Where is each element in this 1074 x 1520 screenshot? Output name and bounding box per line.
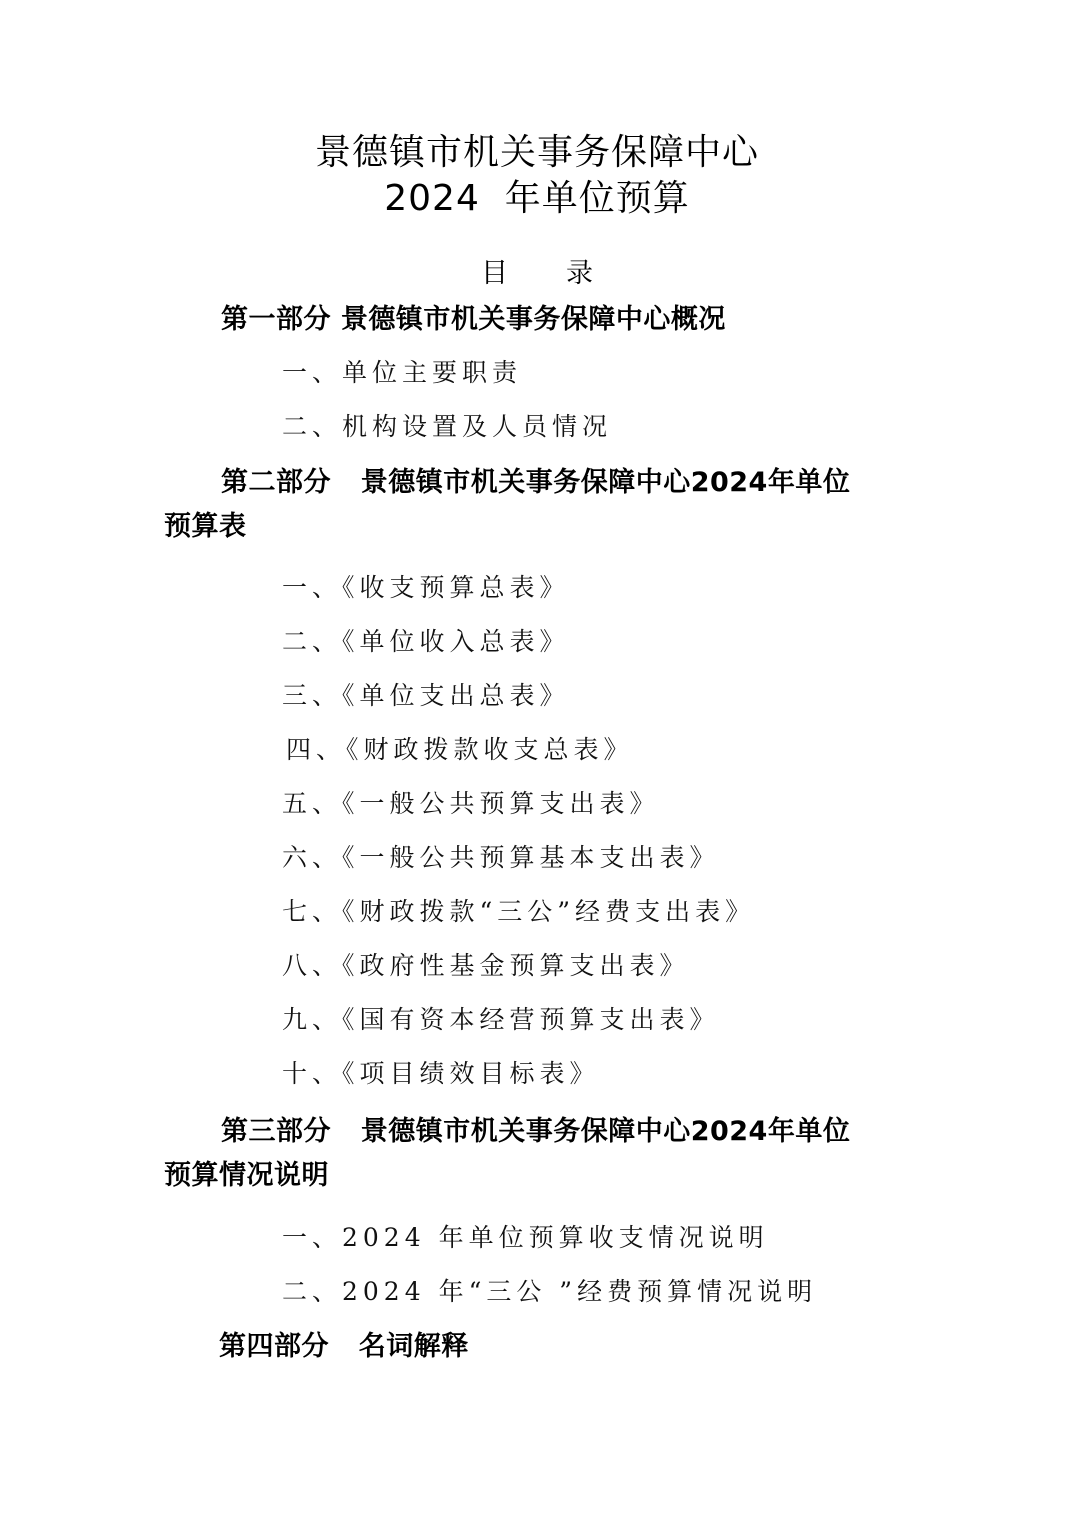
toc-item: 一、单位主要职责 xyxy=(282,356,522,390)
toc-item: 一、2024 年单位预算收支情况说明 xyxy=(282,1221,769,1255)
part2-heading: 第二部分 景德镇市机关事务保障中心2024年单位 xyxy=(221,465,850,501)
toc-item: 七、《财政拨款“三公”经费支出表》 xyxy=(282,895,755,929)
part2-heading-cont: 预算表 xyxy=(164,509,247,545)
part4-heading: 第四部分 名词解释 xyxy=(219,1329,469,1365)
part3-heading: 第三部分 景德镇市机关事务保障中心2024年单位 xyxy=(221,1114,850,1150)
toc-heading-char1: 目 xyxy=(481,256,508,292)
toc-item: 四、《财政拨款收支总表》 xyxy=(286,733,634,767)
toc-item: 六、《一般公共预算基本支出表》 xyxy=(282,841,720,875)
toc-item: 九、《国有资本经营预算支出表》 xyxy=(282,1003,720,1037)
toc-item: 二、2024 年“三公 ”经费预算情况说明 xyxy=(282,1275,817,1309)
part3-heading-cont: 预算情况说明 xyxy=(164,1158,329,1194)
toc-heading-char2: 录 xyxy=(566,256,593,292)
toc-item: 五、《一般公共预算支出表》 xyxy=(282,787,660,821)
toc-item: 二、《单位收入总表》 xyxy=(282,625,570,659)
part1-heading: 第一部分 景德镇市机关事务保障中心概况 xyxy=(221,302,726,338)
document-title-line2: 2024 年单位预算 xyxy=(0,177,1074,221)
toc-heading: 目录 xyxy=(0,256,1074,292)
toc-item: 一、《收支预算总表》 xyxy=(282,571,570,605)
toc-item: 二、机构设置及人员情况 xyxy=(282,410,612,444)
toc-item: 三、《单位支出总表》 xyxy=(282,679,570,713)
document-title-line1: 景德镇市机关事务保障中心 xyxy=(0,131,1074,175)
document-page: 景德镇市机关事务保障中心 2024 年单位预算 目录 第一部分 景德镇市机关事务… xyxy=(0,0,1074,1520)
toc-item: 八、《政府性基金预算支出表》 xyxy=(282,949,690,983)
toc-item: 十、《项目绩效目标表》 xyxy=(282,1057,600,1091)
